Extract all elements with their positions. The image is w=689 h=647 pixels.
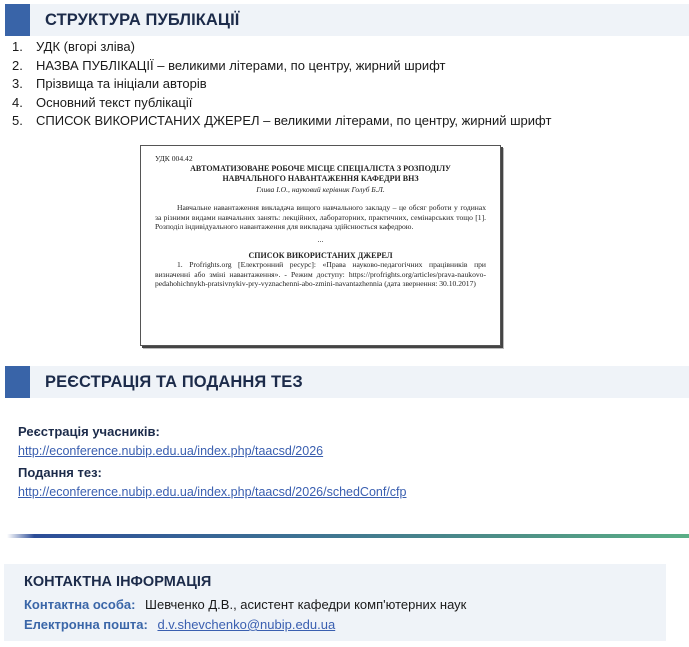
abstract-submission-link[interactable]: http://econference.nubip.edu.ua/index.ph…	[18, 483, 406, 504]
structure-list: 1.УДК (вгорі зліва) 2.НАЗВА ПУБЛІКАЦІЇ –…	[12, 38, 551, 131]
sample-reference: 1. Profrights.org [Електронний ресурс]: …	[155, 260, 486, 288]
registration-section-title: РЕЄСТРАЦІЯ ТА ПОДАННЯ ТЕЗ	[45, 366, 303, 398]
registration-section-header: РЕЄСТРАЦІЯ ТА ПОДАННЯ ТЕЗ	[5, 366, 689, 398]
sample-authors: Глива І.О., науковий керівник Голуб Б.Л.	[155, 185, 486, 194]
contact-person-label: Контактна особа:	[24, 597, 135, 612]
contact-person-value: Шевченко Д.В., асистент кафедри комп'юте…	[145, 597, 466, 612]
contact-info-box: КОНТАКТНА ІНФОРМАЦІЯ Контактна особа: Ше…	[4, 564, 666, 641]
participant-registration-label: Реєстрація учасників:	[18, 422, 406, 442]
sample-body: Навчальне навантаження викладача вищого …	[155, 203, 486, 231]
sample-title-line-1: АВТОМАТИЗОВАНЕ РОБОЧЕ МІСЦЕ СПЕЦІАЛІСТА …	[155, 164, 486, 174]
contact-email-label: Електронна пошта:	[24, 617, 148, 632]
header-accent-bar	[5, 366, 30, 398]
list-item: 3.Прізвища та ініціали авторів	[12, 75, 551, 94]
sample-udk: УДК 004.42	[155, 154, 486, 163]
contact-email-row: Електронна пошта: d.v.shevchenko@nubip.e…	[24, 617, 335, 632]
participant-registration-link[interactable]: http://econference.nubip.edu.ua/index.ph…	[18, 442, 406, 463]
sample-ellipsis: ...	[155, 235, 486, 244]
sample-publication-image: УДК 004.42 АВТОМАТИЗОВАНЕ РОБОЧЕ МІСЦЕ С…	[140, 145, 501, 346]
list-item: 5.СПИСОК ВИКОРИСТАНИХ ДЖЕРЕЛ – великими …	[12, 112, 551, 131]
registration-block: Реєстрація учасників: http://econference…	[18, 422, 406, 504]
contact-email-link[interactable]: d.v.shevchenko@nubip.edu.ua	[157, 617, 335, 632]
list-item: 1.УДК (вгорі зліва)	[12, 38, 551, 57]
abstract-submission-label: Подання тез:	[18, 463, 406, 483]
structure-section-header: СТРУКТУРА ПУБЛІКАЦІЇ	[5, 4, 689, 36]
contact-section-title: КОНТАКТНА ІНФОРМАЦІЯ	[24, 574, 211, 590]
list-item: 4.Основний текст публікації	[12, 94, 551, 113]
sample-references-heading: СПИСОК ВИКОРИСТАНИХ ДЖЕРЕЛ	[155, 251, 486, 260]
contact-person-row: Контактна особа: Шевченко Д.В., асистент…	[24, 597, 466, 612]
list-item: 2.НАЗВА ПУБЛІКАЦІЇ – великими літерами, …	[12, 57, 551, 76]
header-accent-bar	[5, 4, 30, 36]
sample-title-line-2: НАВЧАЛЬНОГО НАВАНТАЖЕННЯ КАФЕДРИ ВНЗ	[155, 174, 486, 184]
structure-section-title: СТРУКТУРА ПУБЛІКАЦІЇ	[45, 4, 239, 36]
gradient-divider	[7, 534, 689, 538]
